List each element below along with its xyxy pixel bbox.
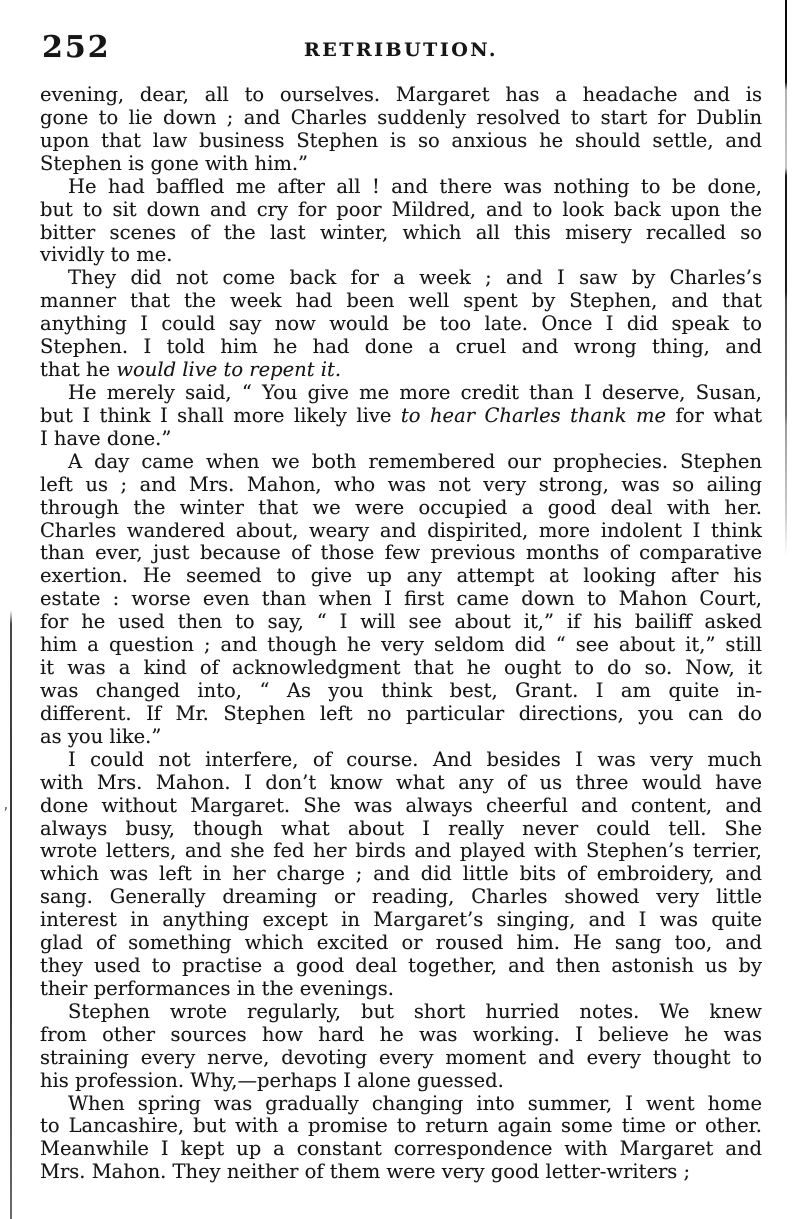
text-line: different. If Mr. Stephen left no partic… (40, 703, 762, 726)
text-line: from other sources how hard he was worki… (40, 1024, 762, 1047)
text-segment: gone to lie down ; and Charles suddenly … (40, 106, 762, 129)
text-line: that he would live to repent it. (40, 359, 762, 382)
text-line: was changed into, “ As you think best, G… (40, 680, 762, 703)
italic-text-segment: would live to repent it. (116, 358, 341, 381)
text-segment: him a question ; and though he very seld… (40, 633, 762, 656)
text-segment: wrote letters, and she fed her birds and… (40, 839, 762, 862)
text-line: anything I could say now would be too la… (40, 313, 762, 336)
paragraph: I could not interfere, of course. And be… (40, 749, 762, 1001)
running-header-title: RETRIBUTION. (40, 41, 762, 60)
text-segment: from other sources how hard he was worki… (40, 1023, 762, 1046)
text-segment: their performances in the evenings. (40, 977, 394, 1000)
text-line: I could not interfere, of course. And be… (40, 749, 762, 772)
text-segment: Meanwhile I kept up a constant correspon… (40, 1137, 762, 1160)
text-line: Charles wandered about, weary and dispir… (40, 520, 762, 543)
text-line: but I think I shall more likely live to … (40, 405, 762, 428)
paragraph: When spring was gradually changing into … (40, 1093, 762, 1185)
text-line: it was a kind of acknowledgment that he … (40, 657, 762, 680)
text-segment: which was left in her charge ; and did l… (40, 862, 762, 885)
text-line: than ever, just because of those few pre… (40, 542, 762, 565)
text-segment: Charles wandered about, weary and dispir… (40, 519, 762, 542)
text-line: They did not come back for a week ; and … (40, 267, 762, 290)
text-segment: for he used then to say, “ I will see ab… (40, 610, 762, 633)
text-segment: estate : worse even than when I first ca… (40, 587, 762, 610)
text-segment: his profession. Why,—perhaps I alone gue… (40, 1069, 504, 1092)
paragraph: He had baffled me after all ! and there … (40, 176, 762, 268)
text-line: through the winter that we were occupied… (40, 497, 762, 520)
text-segment: glad of something which excited or rouse… (40, 931, 762, 954)
text-line: done without Margaret. She was always ch… (40, 795, 762, 818)
text-segment: they used to practise a good deal togeth… (40, 954, 762, 977)
text-line: I have done.” (40, 428, 762, 451)
text-line: straining every nerve, devoting every mo… (40, 1047, 762, 1070)
text-line: manner that the week had been well spent… (40, 290, 762, 313)
text-segment: manner that the week had been well spent… (40, 289, 762, 312)
text-segment: than ever, just because of those few pre… (40, 541, 762, 564)
text-segment: interest in anything except in Margaret’… (40, 908, 762, 931)
paragraph: They did not come back for a week ; and … (40, 267, 762, 382)
text-line: his profession. Why,—perhaps I alone gue… (40, 1070, 762, 1093)
text-line: Stephen is gone with him.” (40, 153, 762, 176)
text-segment: left us ; and Mrs. Mahon, who was not ve… (40, 473, 762, 496)
text-segment: sang. Generally dreaming or reading, Cha… (40, 885, 762, 908)
text-segment: it was a kind of acknowledgment that he … (40, 656, 762, 679)
text-line: gone to lie down ; and Charles suddenly … (40, 107, 762, 130)
paragraph: A day came when we both remembered our p… (40, 451, 762, 749)
text-line: always busy, though what about I really … (40, 818, 762, 841)
text-line: left us ; and Mrs. Mahon, who was not ve… (40, 474, 762, 497)
text-segment: vividly to me. (40, 243, 172, 266)
print-speck-artifact: ’ (3, 806, 10, 822)
text-line: their performances in the evenings. (40, 978, 762, 1001)
text-segment: I could not interfere, of course. And be… (68, 748, 762, 771)
text-line: evening, dear, all to ourselves. Margare… (40, 84, 762, 107)
paragraph: He merely said, “ You give me more credi… (40, 382, 762, 451)
text-segment: He had baffled me after all ! and there … (68, 175, 762, 198)
text-segment: through the winter that we were occupied… (40, 496, 762, 519)
text-segment: exertion. He seemed to give up any attem… (40, 564, 762, 587)
text-segment: Mrs. Mahon. They neither of them were ve… (40, 1160, 690, 1183)
scan-edge-line-left (10, 610, 12, 1219)
text-segment: They did not come back for a week ; and … (68, 266, 762, 289)
text-line: exertion. He seemed to give up any attem… (40, 565, 762, 588)
text-line: which was left in her charge ; and did l… (40, 863, 762, 886)
text-segment: Stephen. I told him he had done a cruel … (40, 335, 762, 358)
text-line: A day came when we both remembered our p… (40, 451, 762, 474)
text-line: interest in anything except in Margaret’… (40, 909, 762, 932)
scan-edge-line-right (785, 0, 787, 556)
text-segment: straining every nerve, devoting every mo… (40, 1046, 762, 1069)
text-segment: but I think I shall more likely live (40, 404, 401, 427)
text-line: He merely said, “ You give me more credi… (40, 382, 762, 405)
text-line: Mrs. Mahon. They neither of them were ve… (40, 1161, 762, 1184)
text-line: Meanwhile I kept up a constant correspon… (40, 1138, 762, 1161)
text-segment: for what (666, 404, 762, 427)
text-segment: different. If Mr. Stephen left no partic… (40, 702, 762, 725)
text-line: upon that law business Stephen is so anx… (40, 130, 762, 153)
text-segment: always busy, though what about I really … (40, 817, 762, 840)
text-segment: to Lancashire, but with a promise to ret… (40, 1114, 762, 1137)
text-line: for he used then to say, “ I will see ab… (40, 611, 762, 634)
text-segment: but to sit down and cry for poor Mildred… (40, 198, 762, 221)
text-segment: with Mrs. Mahon. I don’t know what any o… (40, 771, 762, 794)
text-segment: that he (40, 358, 116, 381)
text-line: with Mrs. Mahon. I don’t know what any o… (40, 772, 762, 795)
text-segment: I have done.” (40, 427, 171, 450)
text-line: Stephen wrote regularly, but short hurri… (40, 1001, 762, 1024)
text-line: as you like.” (40, 726, 762, 749)
text-line: but to sit down and cry for poor Mildred… (40, 199, 762, 222)
text-line: He had baffled me after all ! and there … (40, 176, 762, 199)
text-line: bitter scenes of the last winter, which … (40, 222, 762, 245)
book-page: 252 RETRIBUTION. evening, dear, all to o… (0, 0, 799, 1219)
text-line: estate : worse even than when I first ca… (40, 588, 762, 611)
paragraph: evening, dear, all to ourselves. Margare… (40, 84, 762, 176)
text-segment: done without Margaret. She was always ch… (40, 794, 762, 817)
text-line: him a question ; and though he very seld… (40, 634, 762, 657)
text-segment: was changed into, “ As you think best, G… (40, 679, 762, 702)
text-block: evening, dear, all to ourselves. Margare… (40, 84, 762, 1184)
text-segment: A day came when we both remembered our p… (68, 450, 762, 473)
text-segment: bitter scenes of the last winter, which … (40, 221, 762, 244)
text-segment: upon that law business Stephen is so anx… (40, 129, 762, 152)
paragraph: Stephen wrote regularly, but short hurri… (40, 1001, 762, 1093)
text-segment: Stephen wrote regularly, but short hurri… (68, 1000, 762, 1023)
text-line: When spring was gradually changing into … (40, 1093, 762, 1116)
text-segment: When spring was gradually changing into … (68, 1092, 762, 1115)
text-line: they used to practise a good deal togeth… (40, 955, 762, 978)
text-segment: Stephen is gone with him.” (40, 152, 308, 175)
text-line: sang. Generally dreaming or reading, Cha… (40, 886, 762, 909)
text-line: vividly to me. (40, 244, 762, 267)
text-line: to Lancashire, but with a promise to ret… (40, 1115, 762, 1138)
text-segment: He merely said, “ You give me more credi… (68, 381, 762, 404)
text-line: Stephen. I told him he had done a cruel … (40, 336, 762, 359)
text-line: glad of something which excited or rouse… (40, 932, 762, 955)
text-line: wrote letters, and she fed her birds and… (40, 840, 762, 863)
text-segment: as you like.” (40, 725, 161, 748)
text-segment: evening, dear, all to ourselves. Margare… (40, 83, 762, 106)
italic-text-segment: to hear Charles thank me (401, 404, 666, 427)
text-segment: anything I could say now would be too la… (40, 312, 762, 335)
